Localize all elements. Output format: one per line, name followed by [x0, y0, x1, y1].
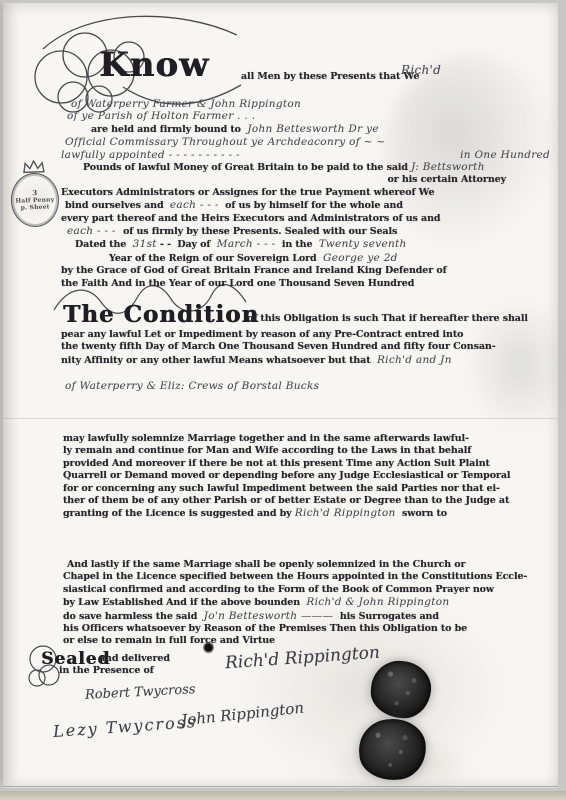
- signature-john-rippington: John Rippington: [180, 699, 304, 730]
- printed-text: may lawfully solemnize Marriage together…: [63, 433, 469, 445]
- obligation-paragraph: of Waterperry Farmer & John Rippingtonof…: [61, 98, 561, 290]
- text-line: Official Commissary Throughout ye Archde…: [61, 136, 561, 148]
- printed-text: or his certain Attorney: [387, 174, 506, 186]
- printed-text: pear any lawful Let or Impediment by rea…: [61, 329, 463, 341]
- handwritten-text: George ye 2d: [323, 252, 398, 264]
- signature-witness-lezy-twycross: Lezy Twycross: [53, 712, 198, 741]
- condition-heading: The Condition: [63, 301, 259, 328]
- text-line: each - - - of us firmly by these Present…: [61, 225, 561, 238]
- printed-text: of us firmly by these Presents. Sealed w…: [123, 226, 397, 238]
- ink-blot: [203, 641, 214, 654]
- printed-text: the Faith And in the Year of our Lord on…: [61, 278, 414, 290]
- text-line: of Waterperry & Eliz: Crews of Borstal B…: [61, 380, 561, 392]
- wax-seal: [368, 658, 434, 721]
- printed-text: for or concerning any such lawful Impedi…: [63, 483, 500, 495]
- text-line: by the Grace of God of Great Britain Fra…: [61, 265, 561, 277]
- printed-text: by Law Established And if the above boun…: [63, 597, 306, 609]
- handwritten-text: J: Bettsworth: [411, 161, 485, 173]
- condition-heading-rest: of this Obligation is such That if herea…: [247, 313, 547, 324]
- printed-text: Dated the: [75, 239, 133, 251]
- handwritten-text: Jo'n Bettesworth ———: [204, 610, 334, 622]
- text-line: ly remain and continue for Man and Wife …: [63, 445, 563, 457]
- printed-text: nity Affinity or any other lawful Means …: [61, 355, 377, 367]
- printed-text: are held and firmly bound to: [91, 124, 247, 136]
- printed-text: of us by himself for the whole and: [219, 200, 403, 212]
- text-line: pear any lawful Let or Impediment by rea…: [61, 329, 561, 341]
- printed-text: Executors Administrators or Assignes for…: [61, 187, 434, 199]
- printed-text: Year of the Reign of our Sovereign Lord: [109, 253, 323, 265]
- know-heading: Know: [99, 45, 209, 85]
- text-line: by Law Established And if the above boun…: [63, 596, 563, 609]
- page-edge: [0, 791, 566, 800]
- text-line: Executors Administrators or Assignes for…: [61, 187, 561, 199]
- text-line: [61, 367, 561, 379]
- revenue-stamp: 3 Half Penny p. Sheet: [6, 158, 65, 246]
- heading-handwritten-name: Rich'd: [401, 63, 441, 77]
- text-line: Year of the Reign of our Sovereign Lord …: [61, 252, 561, 265]
- text-line: nity Affinity or any other lawful Means …: [61, 354, 561, 367]
- handwritten-text: Official Commissary Throughout ye Archde…: [65, 136, 364, 148]
- text-line: the Faith And in the Year of our Lord on…: [61, 278, 561, 290]
- handwritten-text: Rich'd and Jn: [377, 354, 452, 366]
- handwritten-text: of Waterperry Farmer & John Rippington: [71, 98, 301, 110]
- printed-text: sworn to: [396, 508, 447, 520]
- fold-crease: [3, 418, 558, 419]
- handwritten-text: each - - -: [170, 199, 219, 211]
- text-line: or his certain Attorney: [61, 174, 561, 186]
- text-line: Quarrell or Demand moved or depending be…: [63, 470, 563, 482]
- text-line: siastical confirmed and according to the…: [63, 584, 563, 596]
- text-line: his Officers whatsoever by Reason of the…: [63, 623, 563, 635]
- handwritten-text: each - - -: [67, 225, 123, 237]
- handwritten-text: lawfully appointed - - - - - - - - - -: [61, 149, 240, 161]
- handwritten-text: of Waterperry & Eliz: Crews of Borstal B…: [65, 380, 319, 392]
- text-line: for or concerning any such lawful Impedi…: [63, 483, 563, 495]
- handwritten-text: Twenty seventh: [319, 238, 407, 250]
- printed-text: granting of the Licence is suggested and…: [63, 508, 295, 520]
- printed-text: his Officers whatsoever by Reason of the…: [63, 623, 467, 635]
- text-line: do save harmless the said Jo'n Betteswor…: [63, 610, 563, 623]
- text-line: ther of them be of any other Parish or o…: [63, 495, 563, 507]
- text-line: may lawfully solemnize Marriage together…: [63, 433, 563, 445]
- handwritten-text: March - - -: [217, 238, 276, 250]
- printed-text: bind ourselves and: [65, 200, 170, 212]
- wax-seal: [357, 717, 428, 783]
- printed-text: ther of them be of any other Parish or o…: [63, 495, 509, 507]
- printed-text: ly remain and continue for Man and Wife …: [63, 445, 471, 457]
- condition-paragraph: pear any lawful Let or Impediment by rea…: [61, 329, 561, 392]
- text-line: And lastly if the same Marriage shall be…: [63, 559, 563, 571]
- handwritten-text: 31st: [133, 238, 157, 250]
- signature-witness-robert-twycross: Robert Twycross: [85, 682, 196, 703]
- bond-page: Know all Men by these Presents that We R…: [3, 3, 558, 788]
- stain: [0, 3, 19, 783]
- printed-text: - - Day of: [157, 239, 217, 251]
- heading-printed-text: all Men by these Presents that We: [241, 71, 419, 82]
- text-line: the twenty fifth Day of March One Thousa…: [61, 341, 561, 353]
- printed-text: in the: [275, 239, 318, 251]
- printed-text: siastical confirmed and according to the…: [63, 584, 494, 596]
- text-line: or else to remain in full force and Virt…: [63, 635, 563, 647]
- printed-text: the twenty fifth Day of March One Thousa…: [61, 341, 496, 353]
- document-scan: Know all Men by these Presents that We R…: [0, 0, 566, 800]
- printed-text: And lastly if the same Marriage shall be…: [67, 559, 465, 571]
- stamp-disc: 3 Half Penny p. Sheet: [10, 172, 60, 228]
- text-line: Pounds of lawful Money of Great Britain …: [61, 161, 561, 174]
- printed-text: do save harmless the said: [63, 611, 204, 623]
- handwritten-text: Rich'd & John Rippington: [306, 596, 449, 608]
- text-line: Dated the 31st - - Day of March - - - in…: [61, 238, 561, 251]
- text-line: are held and firmly bound to John Bettes…: [61, 123, 561, 136]
- printed-text: Quarrell or Demand moved or depending be…: [63, 470, 510, 482]
- attestation-text: in the Presence of: [59, 665, 154, 676]
- text-line: bind ourselves and each - - - of us by h…: [61, 199, 561, 212]
- handwritten-text: of ye Parish of Holton Farmer . . .: [67, 110, 255, 122]
- attestation-text: and delivered: [99, 653, 170, 664]
- handwritten-text: Rich'd Rippington: [295, 507, 396, 519]
- text-line: of ye Parish of Holton Farmer . . .: [61, 110, 561, 122]
- printed-text: provided And moreover if there be not at…: [63, 458, 490, 470]
- text-line: provided And moreover if there be not at…: [63, 458, 563, 470]
- crown-icon: [22, 159, 46, 174]
- printed-text: by the Grace of God of Great Britain Fra…: [61, 265, 447, 277]
- text-line: of Waterperry Farmer & John Rippington: [61, 98, 561, 110]
- printed-text: or else to remain in full force and Virt…: [63, 635, 275, 647]
- fold-crease: [3, 786, 558, 787]
- printed-text: Pounds of lawful Money of Great Britain …: [83, 162, 411, 174]
- final-clause-paragraph: And lastly if the same Marriage shall be…: [63, 559, 563, 648]
- handwritten-text: John Bettesworth Dr ye: [247, 123, 379, 135]
- text-line: Chapel in the Licence specified between …: [63, 571, 563, 583]
- printed-text: his Surrogates and: [333, 611, 439, 623]
- marriage-clause-paragraph: may lawfully solemnize Marriage together…: [63, 433, 563, 521]
- text-line: every part thereof and the Heirs Executo…: [61, 213, 561, 225]
- handwritten-text: ~ ~: [364, 136, 386, 148]
- handwritten-text: in One Hundred: [460, 149, 561, 161]
- stamp-text: p. Sheet: [21, 203, 50, 211]
- printed-text: Chapel in the Licence specified between …: [63, 571, 527, 583]
- text-line: granting of the Licence is suggested and…: [63, 507, 563, 520]
- stamp-value: 3: [32, 189, 37, 197]
- printed-text: every part thereof and the Heirs Executo…: [61, 213, 440, 225]
- text-line: lawfully appointed - - - - - - - - - -in…: [61, 149, 561, 161]
